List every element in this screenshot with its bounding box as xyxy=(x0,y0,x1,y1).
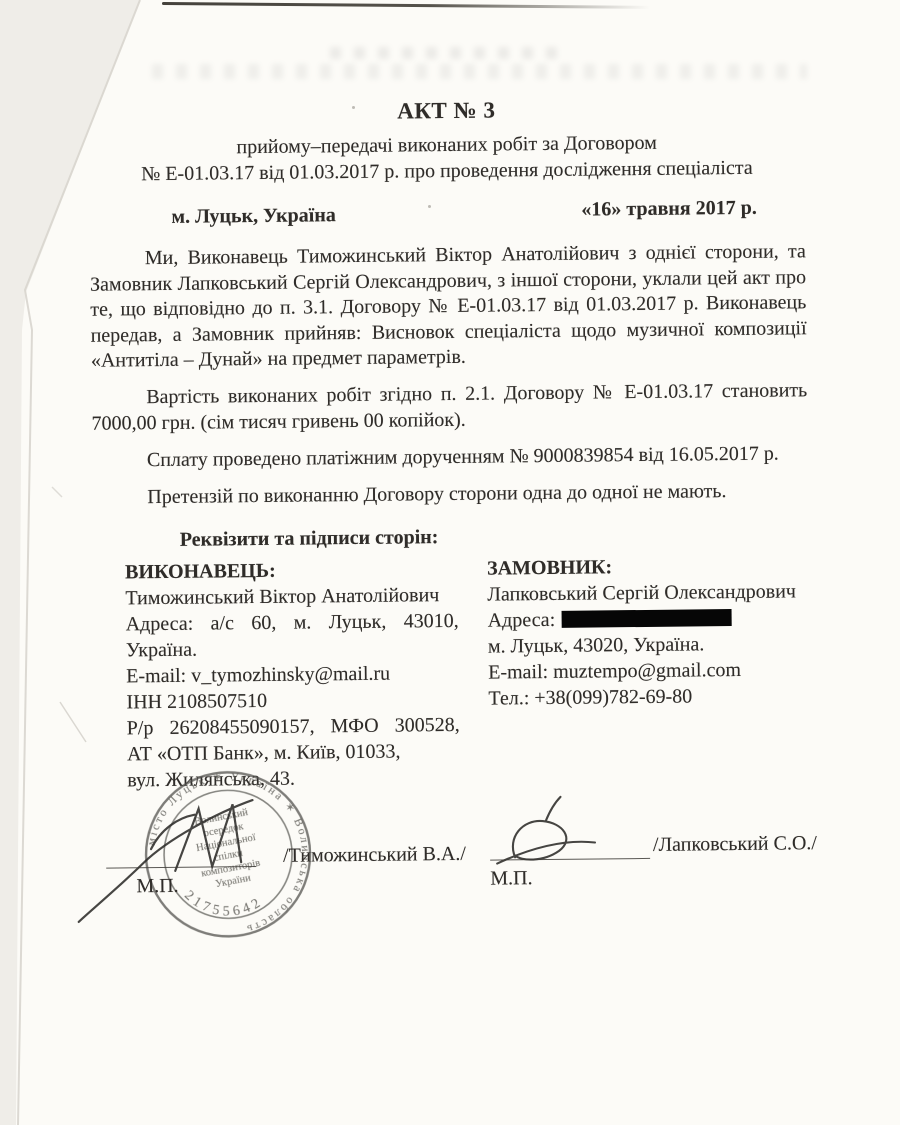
document-content: АКТ № 3 прийому–передачі виконаних робіт… xyxy=(0,0,900,1125)
paragraph: Сплату проведено платіжним дорученням № … xyxy=(92,441,808,474)
customer-email: E-mail: muztempo@gmail.com xyxy=(488,656,838,686)
customer-column: ЗАМОВНИК: Лапковський Сергій Олександров… xyxy=(487,552,839,712)
executor-bank-name: АТ «ОТП Банк», м. Київ, 01033, xyxy=(127,738,460,767)
customer-address-label: Адреса: xyxy=(488,609,556,632)
customer-signature-name: /Лапковський С.О./ xyxy=(653,832,817,857)
executor-heading: ВИКОНАВЕЦЬ: xyxy=(125,556,458,585)
executor-email: E-mail: v_tymozhinsky@mail.ru xyxy=(126,660,459,689)
redaction-bar xyxy=(561,609,731,628)
executor-tax-id: ІНН 2108507510 xyxy=(126,686,459,715)
executor-signature-name: /Тиможинський В.А./ xyxy=(283,843,466,868)
paragraph: Ми, Виконавець Тиможинський Віктор Анато… xyxy=(90,239,807,374)
paragraph: Претензій по виконанню Договору сторони … xyxy=(92,478,808,511)
paragraph: Вартість виконаних робіт згідно п. 2.1. … xyxy=(91,378,807,436)
executor-address-line: Адреса: а/с 60, м. Луцьк, 43010, xyxy=(126,608,459,637)
customer-address-line: м. Луцьк, 43020, Україна. xyxy=(488,630,838,660)
document-place: м. Луцьк, Україна xyxy=(171,204,336,229)
document-title: АКТ № 3 xyxy=(88,94,804,127)
customer-phone: Тел.: +38(099)782-69-80 xyxy=(488,682,838,712)
document-subtitle-line1: прийому–передачі виконаних робіт за Дого… xyxy=(89,130,805,160)
executor-name: Тиможинський Віктор Анатолійович xyxy=(125,582,458,611)
executor-address-line: Україна. xyxy=(126,634,459,663)
customer-address-line: Адреса: xyxy=(488,604,838,634)
customer-seal-mark: М.П. xyxy=(490,867,532,890)
requisites-heading: Реквізити та підписи сторін: xyxy=(180,526,439,552)
document-date: «16» травня 2017 р. xyxy=(581,197,757,222)
executor-column: ВИКОНАВЕЦЬ: Тиможинський Віктор Анатолій… xyxy=(125,556,460,793)
customer-heading: ЗАМОВНИК: xyxy=(487,552,837,582)
customer-name: Лапковський Сергій Олександрович xyxy=(487,578,837,608)
body-paragraphs: Ми, Виконавець Тиможинський Віктор Анато… xyxy=(90,239,809,522)
executor-seal-mark: М.П. xyxy=(136,875,178,898)
executor-bank-account: Р/р 26208455090157, МФО 300528, xyxy=(127,712,460,741)
document-subtitle-line2: № Е-01.03.17 від 01.03.2017 р. про прове… xyxy=(89,156,805,186)
scanned-document: АКТ № 3 прийому–передачі виконаних робіт… xyxy=(0,0,900,1125)
